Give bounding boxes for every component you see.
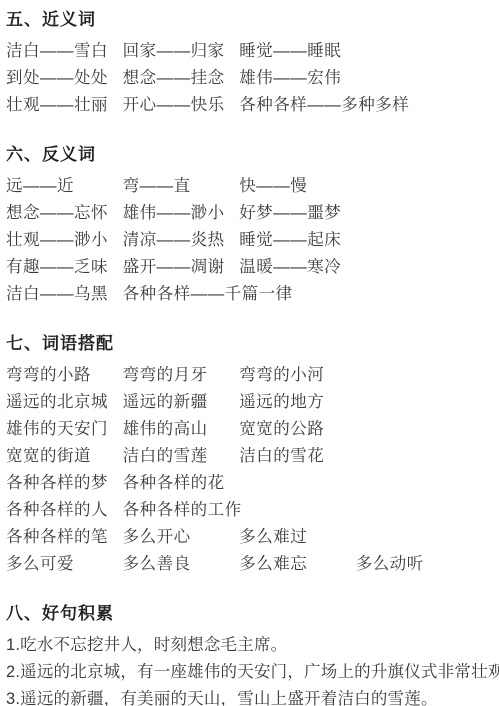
phrase: 各种各样的笔 <box>6 524 114 551</box>
worksheet-page: 五、近义词 洁白——雪白 回家——归家 睡觉——睡眠 到处——处处 想念——挂念… <box>0 0 499 706</box>
phrase: 宽宽的街道 <box>6 443 114 470</box>
word-pair: 睡觉——起床 <box>239 227 347 254</box>
word-pair: 有趣——乏味 <box>6 254 114 281</box>
word-pair: 到处——处处 <box>6 65 114 92</box>
word-row: 各种各样的笔 多么开心 多么难过 <box>6 524 493 551</box>
phrase: 弯弯的小路 <box>6 362 114 389</box>
word-row: 各种各样的梦 各种各样的花 <box>6 470 493 497</box>
word-pair: 想念——忘怀 <box>6 200 114 227</box>
word-pair: 壮观——壮丽 <box>6 92 114 119</box>
word-row: 壮观——渺小 清凉——炎热 睡觉——起床 <box>6 227 493 254</box>
phrase: 弯弯的月牙 <box>123 362 231 389</box>
word-row: 到处——处处 想念——挂念 雄伟——宏伟 <box>6 65 493 92</box>
phrase: 各种各样的人 <box>6 497 114 524</box>
section-title: 五、近义词 <box>6 8 493 32</box>
word-pair: 洁白——雪白 <box>6 38 114 65</box>
phrase: 遥远的地方 <box>239 389 347 416</box>
section-collocations: 七、词语搭配 弯弯的小路 弯弯的月牙 弯弯的小河 遥远的北京城 遥远的新疆 遥远… <box>6 332 493 578</box>
word-row: 想念——忘怀 雄伟——渺小 好梦——噩梦 <box>6 200 493 227</box>
word-row: 遥远的北京城 遥远的新疆 遥远的地方 <box>6 389 493 416</box>
word-pair: 睡觉——睡眠 <box>239 38 347 65</box>
word-row: 远——近 弯——直 快——慢 <box>6 173 493 200</box>
word-row: 多么可爱 多么善良 多么难忘 多么动听 <box>6 551 493 578</box>
section-title: 七、词语搭配 <box>6 332 493 356</box>
word-pair: 好梦——噩梦 <box>239 200 347 227</box>
phrase: 多么难忘 <box>239 551 347 578</box>
phrase: 遥远的北京城 <box>6 389 114 416</box>
phrase: 多么动听 <box>356 551 464 578</box>
phrase: 各种各样的花 <box>123 470 231 497</box>
phrase: 弯弯的小河 <box>239 362 347 389</box>
phrase: 洁白的雪莲 <box>123 443 231 470</box>
word-row: 洁白——乌黑 各种各样——千篇一律 <box>6 281 493 308</box>
section-title: 八、好句积累 <box>6 602 493 626</box>
word-pair: 远——近 <box>6 173 114 200</box>
word-row: 弯弯的小路 弯弯的月牙 弯弯的小河 <box>6 362 493 389</box>
phrase: 多么难过 <box>239 524 347 551</box>
word-pair: 开心——快乐 <box>123 92 231 119</box>
word-row: 壮观——壮丽 开心——快乐 各种各样——多种多样 <box>6 92 493 119</box>
phrase: 宽宽的公路 <box>239 416 347 443</box>
section-sentences: 八、好句积累 1.吃水不忘挖井人，时刻想念毛主席。 2.遥远的北京城，有一座雄伟… <box>6 602 493 706</box>
section-antonyms: 六、反义词 远——近 弯——直 快——慢 想念——忘怀 雄伟——渺小 好梦——噩… <box>6 143 493 308</box>
sentence-line: 1.吃水不忘挖井人，时刻想念毛主席。 <box>6 632 493 659</box>
word-pair: 想念——挂念 <box>123 65 231 92</box>
word-pair: 快——慢 <box>239 173 347 200</box>
phrase: 多么善良 <box>123 551 231 578</box>
phrase: 多么可爱 <box>6 551 114 578</box>
word-pair: 清凉——炎热 <box>123 227 231 254</box>
word-pair: 洁白——乌黑 <box>6 281 114 308</box>
word-pair: 雄伟——宏伟 <box>239 65 347 92</box>
word-row: 雄伟的天安门 雄伟的高山 宽宽的公路 <box>6 416 493 443</box>
word-pair: 壮观——渺小 <box>6 227 114 254</box>
word-pair: 盛开——凋谢 <box>123 254 231 281</box>
phrase: 雄伟的天安门 <box>6 416 114 443</box>
word-pair: 温暖——寒冷 <box>239 254 347 281</box>
word-row: 各种各样的人 各种各样的工作 <box>6 497 493 524</box>
word-pair: 雄伟——渺小 <box>123 200 231 227</box>
word-pair: 弯——直 <box>123 173 231 200</box>
word-pair: 各种各样——千篇一律 <box>123 281 293 308</box>
section-synonyms: 五、近义词 洁白——雪白 回家——归家 睡觉——睡眠 到处——处处 想念——挂念… <box>6 8 493 119</box>
phrase: 各种各样的梦 <box>6 470 114 497</box>
sentence-line: 3.遥远的新疆，有美丽的天山，雪山上盛开着洁白的雪莲。 <box>6 686 493 706</box>
section-title: 六、反义词 <box>6 143 493 167</box>
phrase: 各种各样的工作 <box>123 497 242 524</box>
phrase: 遥远的新疆 <box>123 389 231 416</box>
phrase: 多么开心 <box>123 524 231 551</box>
word-row: 宽宽的街道 洁白的雪莲 洁白的雪花 <box>6 443 493 470</box>
phrase: 雄伟的高山 <box>123 416 231 443</box>
word-row: 有趣——乏味 盛开——凋谢 温暖——寒冷 <box>6 254 493 281</box>
phrase: 洁白的雪花 <box>239 443 347 470</box>
word-row: 洁白——雪白 回家——归家 睡觉——睡眠 <box>6 38 493 65</box>
sentence-line: 2.遥远的北京城，有一座雄伟的天安门，广场上的升旗仪式非常壮观。 <box>6 659 493 686</box>
word-pair: 回家——归家 <box>123 38 231 65</box>
word-pair: 各种各样——多种多样 <box>239 92 409 119</box>
